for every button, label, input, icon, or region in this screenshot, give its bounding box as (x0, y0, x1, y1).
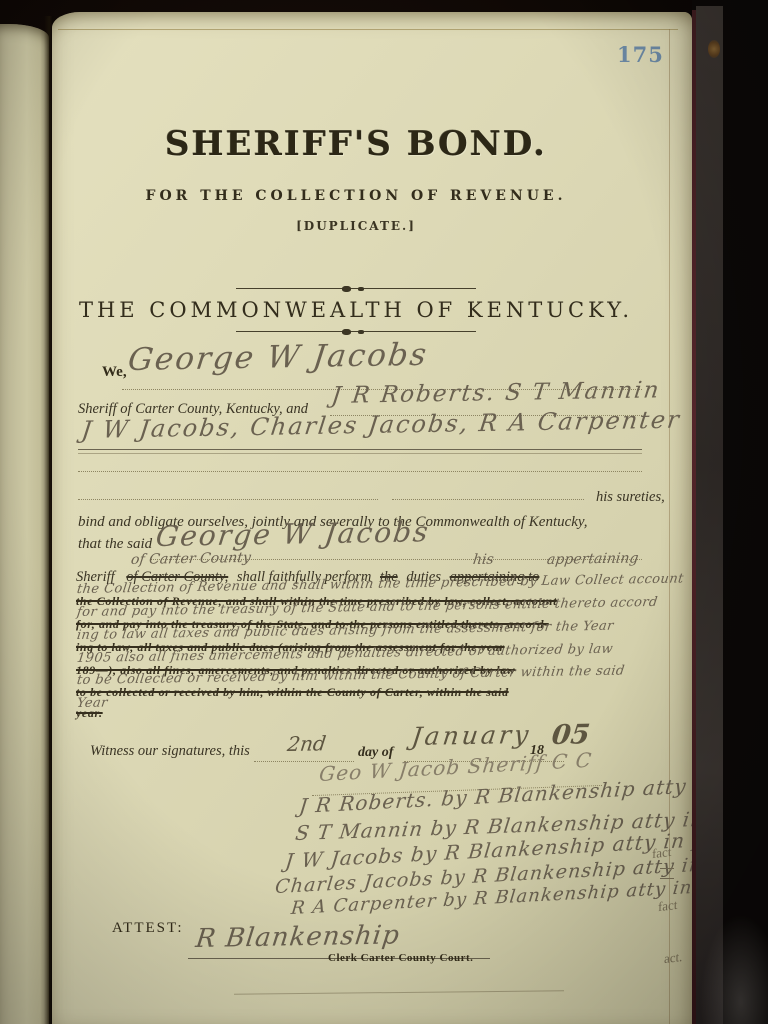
margin-note: fact (652, 844, 672, 863)
deed-printed-line-struck: year. (76, 706, 648, 721)
attest-signature: R Blankenship (194, 920, 402, 954)
ornamental-divider (236, 284, 476, 293)
that-said-label: that the said (78, 536, 152, 553)
margin-note: act. (664, 949, 683, 967)
interline-his-handwritten: his (472, 552, 495, 568)
underline-rule (78, 449, 642, 450)
deed-body-block: the Collection of Revenue and shall with… (76, 582, 651, 717)
interline-appertaining-handwritten: appertaining (546, 550, 639, 568)
said-name-handwritten: George W Jacobs (154, 515, 432, 553)
page-border-top (58, 29, 678, 30)
interline-county-handwritten: of Carter County (130, 550, 252, 568)
underline-rule (78, 453, 642, 454)
sureties-line1-handwritten: J R Roberts. S T Mannin (330, 377, 662, 409)
opposite-page-edge (0, 24, 49, 1024)
margin-tick (660, 868, 674, 869)
divider-diamond (342, 329, 351, 335)
we-label: We, (102, 364, 127, 381)
divider-line (236, 331, 476, 332)
divider-diamond (358, 330, 364, 334)
ornamental-divider (236, 327, 476, 336)
clerk-title: Clerk Carter County Court. (328, 952, 473, 964)
blank-rule (392, 499, 584, 500)
month-handwritten: January (410, 720, 533, 751)
document-subtitle: FOR THE COLLECTION OF REVENUE. (52, 188, 660, 204)
cover-edge-strip (696, 6, 723, 1024)
gold-fleck (708, 40, 720, 58)
sureties-label: his sureties, (596, 489, 665, 506)
blank-rule (234, 990, 564, 994)
attest-label: ATTEST: (112, 920, 184, 937)
blank-rule (78, 499, 378, 500)
margin-note: fact (658, 897, 678, 916)
margin-tick (660, 878, 674, 879)
year-handwritten: 05 (550, 719, 591, 751)
divider-diamond (342, 286, 351, 292)
divider-diamond (358, 287, 364, 291)
principal-name-handwritten: George W Jacobs (126, 337, 430, 378)
book-cover-edge (692, 0, 768, 1024)
page-number: 175 (617, 42, 664, 67)
document-title: SHERIFF'S BOND. (52, 124, 660, 164)
bottom-page-edges-highlight (700, 914, 768, 1024)
commonwealth-heading: THE COMMONWEALTH OF KENTUCKY. (52, 298, 660, 322)
ledger-page: 175 SHERIFF'S BOND. FOR THE COLLECTION O… (52, 12, 692, 1024)
witness-label: Witness our signatures, this (90, 743, 250, 760)
duplicate-label: [DUPLICATE.] (52, 219, 660, 233)
blank-rule (78, 471, 642, 472)
day-handwritten: 2nd (286, 731, 327, 756)
divider-line (236, 288, 476, 289)
